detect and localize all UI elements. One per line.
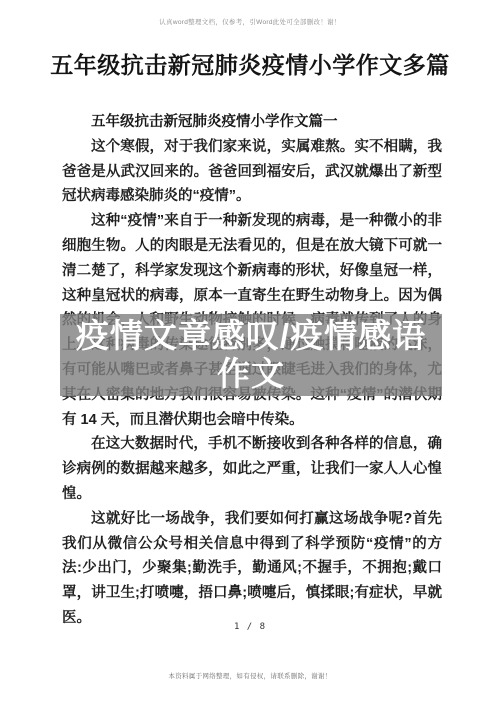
paragraph: 在这大数据时代，手机不断接收到各种各样的信息，确诊病例的数据越来越多，如此之严重…: [62, 432, 442, 506]
footer-note: 本资料属于网络整理，如有侵权，请联系删除，谢谢！: [0, 671, 500, 680]
paragraph: 这就好比一场战争，我们要如何打赢这场战争呢?首先我们从微信公众号相关信息中得到了…: [62, 507, 442, 631]
document-title: 五年级抗击新冠肺炎疫情小学作文多篇: [0, 47, 500, 80]
paragraph: 这个寒假，对于我们家来说，实属难熬。实不相瞒，我爸爸是从武汉回来的。爸爸回到福安…: [62, 135, 442, 209]
page-number: 1 / 8: [0, 622, 500, 632]
watermark-text: 疫情文章感叹/疫情感语作文: [60, 317, 442, 393]
header-note: 认真word整理文档，仅参考，引Word此处可全部删改！谢！: [0, 17, 500, 26]
watermark-overlay: 疫情文章感叹/疫情感语作文: [60, 314, 442, 396]
section-subtitle: 五年级抗击新冠肺炎疫情小学作文篇一: [62, 110, 442, 135]
